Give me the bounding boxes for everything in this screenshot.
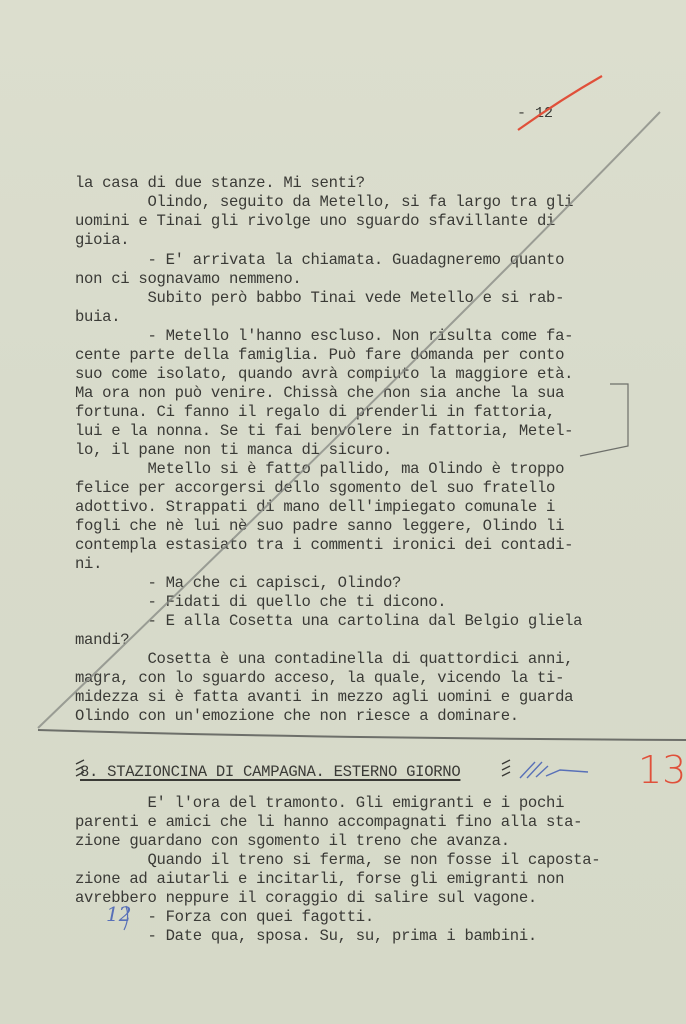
text-line: Olindo, seguito da Metello, si fa largo …	[75, 193, 573, 211]
text-line: - Ma che ci capisci, Olindo?	[75, 574, 401, 592]
text-line: suo come isolato, quando avrà compiuto l…	[75, 365, 573, 383]
text-line: - Fidati di quello che ti dicono.	[75, 593, 446, 611]
text-line: contempla estasiato tra i commenti ironi…	[75, 536, 573, 554]
scene-heading: 8. STAZIONCINA DI CAMPAGNA. ESTERNO GIOR…	[80, 763, 460, 781]
scene-2-text: 8. STAZIONCINA DI CAMPAGNA. ESTERNO GIOR…	[0, 0, 36, 198]
text-line: fogli che nè lui nè suo padre sanno legg…	[75, 517, 564, 535]
text-line: magra, con lo sguardo acceso, la quale, …	[75, 669, 564, 687]
margin-note: 12	[106, 902, 131, 926]
text-line: la casa di due stanze. Mi senti?	[75, 174, 365, 192]
text-line: uomini e Tinai gli rivolge uno sguardo s…	[75, 212, 555, 230]
text-line: Quando il treno si ferma, se non fosse i…	[75, 851, 600, 869]
text-line: buia.	[75, 308, 120, 326]
handwritten-page-number: 13	[638, 748, 686, 792]
text-line: zione ad aiutarli e incitarli, forse gli…	[75, 870, 564, 888]
text-line: Olindo con un'emozione che non riesce a …	[75, 707, 519, 725]
page-number: - 12	[517, 105, 553, 122]
text-line: ni.	[75, 555, 102, 573]
text-line: midezza si è fatta avanti in mezzo agli …	[75, 688, 573, 706]
heading-end-mark	[502, 760, 510, 776]
text-line: - E' arrivata la chiamata. Guadagneremo …	[75, 251, 564, 269]
text-line: lo, il pane non ti manca di sicuro.	[75, 441, 392, 459]
text-line: adottivo. Strappati di mano dell'impiega…	[75, 498, 555, 516]
typewritten-page: - 12 la casa di due stanze. Mi senti? Ol…	[0, 0, 686, 1024]
text-line: mandi?	[75, 631, 129, 649]
text-line: Cosetta è una contadinella di quattordic…	[75, 650, 573, 668]
text-line: parenti e amici che li hanno accompagnat…	[75, 813, 582, 831]
pencil-bracket	[580, 384, 628, 456]
text-line: felice per accorgersi dello sgomento del…	[75, 479, 555, 497]
text-line: cente parte della famiglia. Può fare dom…	[75, 346, 564, 364]
text-line: non ci sognavamo nemmeno.	[75, 270, 301, 288]
blue-scribble	[520, 762, 588, 778]
text-line: - Metello l'hanno escluso. Non risulta c…	[75, 327, 573, 345]
text-line: Subito però babbo Tinai vede Metello e s…	[75, 289, 564, 307]
pencil-divider-line	[38, 730, 686, 740]
text-line: avrebbero neppure il coraggio di salire …	[75, 889, 537, 907]
text-line: Metello si è fatto pallido, ma Olindo è …	[75, 460, 564, 478]
text-line: - Date qua, sposa. Su, su, prima i bambi…	[75, 927, 537, 945]
text-line: lui e la nonna. Se ti fai benvolere in f…	[75, 422, 573, 440]
text-line: Ma ora non può venire. Chissà che non si…	[75, 384, 564, 402]
text-line: zione guardano con sgomento il treno che…	[75, 832, 510, 850]
text-line: fortuna. Ci fanno il regalo di prenderli…	[75, 403, 555, 421]
text-line: gioia.	[75, 231, 129, 249]
text-line: - E alla Cosetta una cartolina dal Belgi…	[75, 612, 582, 630]
text-line: E' l'ora del tramonto. Gli emigranti e i…	[75, 794, 564, 812]
